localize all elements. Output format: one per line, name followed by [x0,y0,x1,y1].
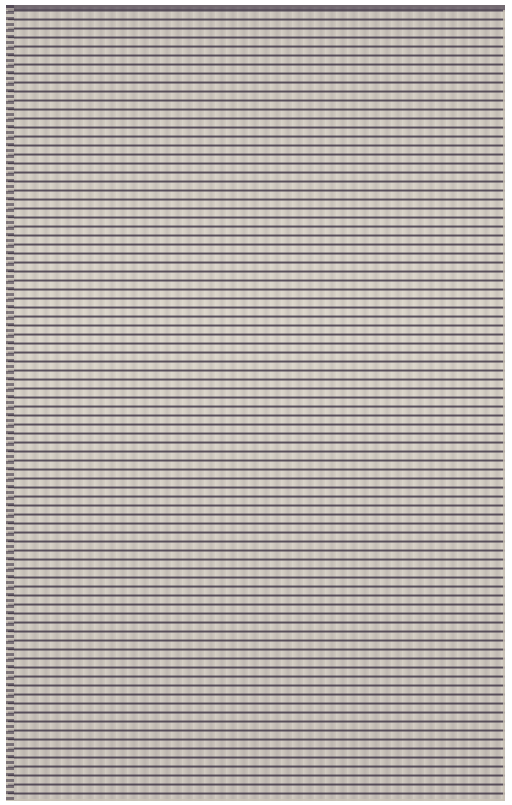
rug-left-edge [6,5,14,801]
rug-photo [6,5,505,801]
rug-top-edge [6,5,505,10]
